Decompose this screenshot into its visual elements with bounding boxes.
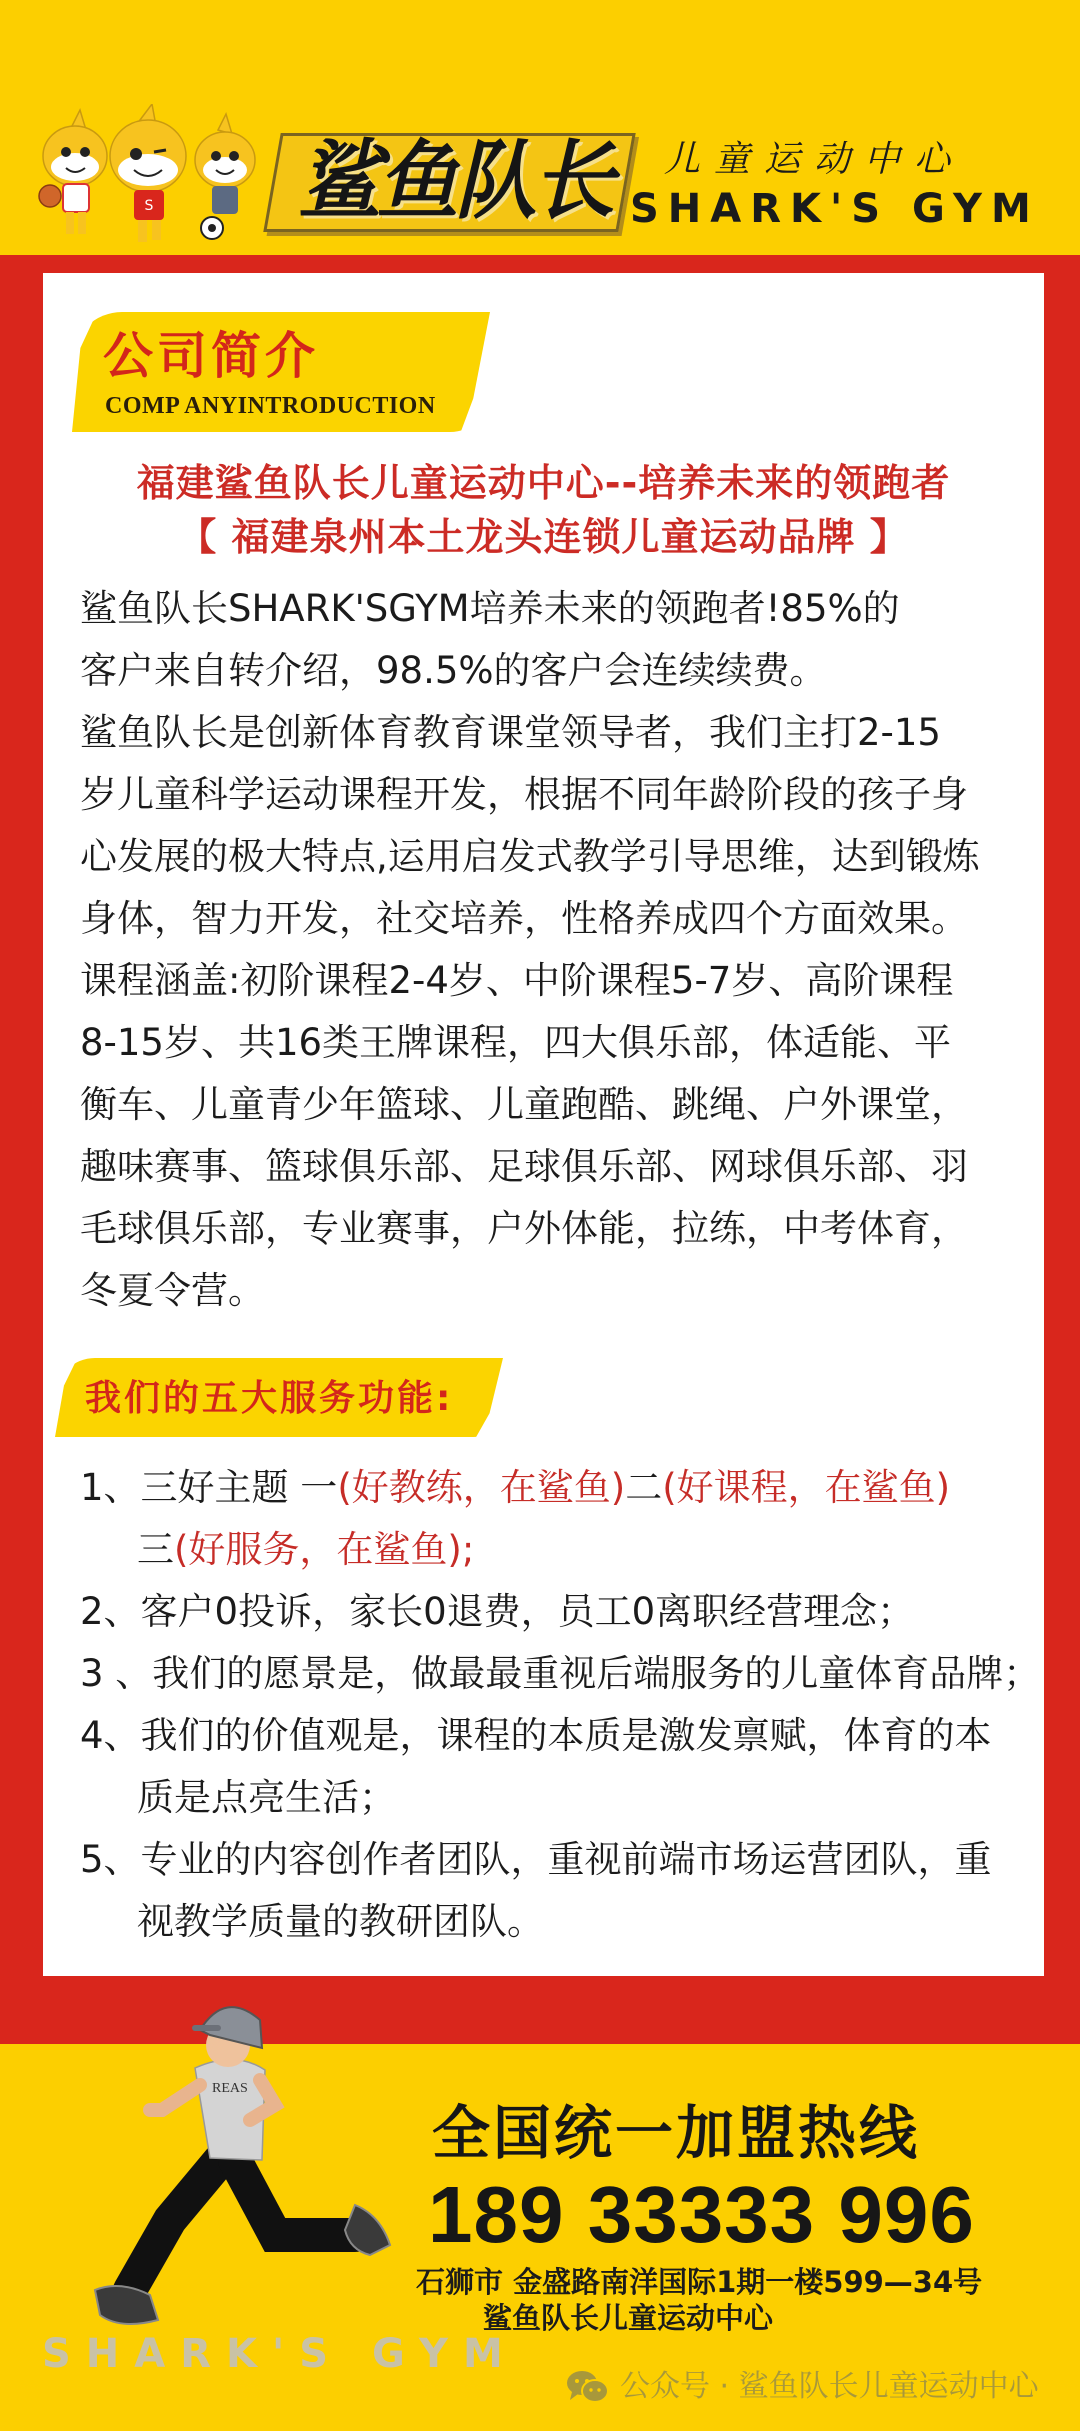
svg-text:S: S [145, 198, 154, 214]
service-item-1-service: (好服务，在鲨鱼); [174, 1528, 474, 1571]
service-item-4: 4、我们的价值观是，课程的本质是激发禀赋，体育的本 [80, 1705, 1020, 1767]
paragraph-line: 课程涵盖:初阶课程2-4岁、中阶课程5-7岁、高阶课程 [80, 950, 1010, 1012]
service-item-5-cont: 视教学质量的教研团队。 [80, 1891, 1020, 1953]
service-item-3: 3 、我们的愿景是，做最最重视后端服务的儿童体育品牌； [80, 1643, 1020, 1705]
center-name: 鲨鱼队长儿童运动中心 [483, 2300, 773, 2336]
paragraph-line: 8-15岁、共16类王牌课程，四大俱乐部，体适能、平 [80, 1012, 1010, 1074]
paragraph-line: 鲨鱼队长是创新体育教育课堂领导者，我们主打2-15 [80, 702, 1010, 764]
paragraph-line: 趣味赛事、篮球俱乐部、足球俱乐部、网球俱乐部、羽 [80, 1136, 1010, 1198]
brand-logo: 鲨鱼队长 [282, 125, 627, 238]
paragraph-line: 衡车、儿童青少年篮球、儿童跑酷、跳绳、户外课堂， [80, 1074, 1010, 1136]
address-text: 石狮市 金盛路南洋国际1期一楼599—34号 [416, 2264, 982, 2300]
service-item-1-coach: (好教练，在鲨鱼) [337, 1466, 625, 1509]
section-title-services: 我们的五大服务功能: [85, 1375, 453, 1423]
wechat-account-watermark: 公众号 · 鲨鱼队长儿童运动中心 [566, 2370, 1039, 2404]
wechat-icon [566, 2370, 610, 2404]
brand-watermark: SHARK'S GYM [42, 2334, 518, 2374]
shark-mascots-icon: S [30, 104, 270, 244]
wechat-label: 公众号 · 鲨鱼队长儿童运动中心 [620, 2370, 1039, 2404]
service-item-1-mid: 二 [625, 1466, 662, 1509]
service-item-1-cont: 三(好服务，在鲨鱼); [80, 1519, 1020, 1581]
paragraph-line: 客户来自转介绍，98.5%的客户会连续续费。 [80, 640, 1010, 702]
service-item-1-prefix: 1、三好主题 一 [80, 1466, 337, 1509]
section-title-intro: 公司简介 [103, 326, 319, 386]
paragraph-line: 岁儿童科学运动课程开发，根据不同年龄阶段的孩子身 [80, 764, 1010, 826]
service-item-1: 1、三好主题 一(好教练，在鲨鱼)二(好课程，在鲨鱼) [80, 1457, 1020, 1519]
section-subtitle-intro: COMP ANYINTRODUCTION [105, 393, 436, 419]
paragraph-line: 心发展的极大特点,运用启发式教学引导思维，达到锻炼 [80, 826, 1010, 888]
service-item-4-cont: 质是点亮生活； [80, 1767, 1020, 1829]
paragraph-line: 冬夏令营。 [80, 1260, 1010, 1322]
header-banner: S 鲨鱼队长 儿童运动中心 SHARK'S GYM [0, 0, 1080, 255]
headline-slogan: 福建鲨鱼队长儿童运动中心--培养未来的领跑者 [43, 461, 1044, 505]
running-child-icon: REAS [50, 1990, 410, 2335]
hotline-phone-number[interactable]: 189 33333 996 [428, 2173, 975, 2257]
intro-paragraph: 鲨鱼队长SHARK'SGYM培养未来的领跑者!85%的 客户来自转介绍，98.5… [80, 578, 1010, 1322]
paragraph-line: 身体，智力开发，社交培养，性格养成四个方面效果。 [80, 888, 1010, 950]
services-list: 1、三好主题 一(好教练，在鲨鱼)二(好课程，在鲨鱼) 三(好服务，在鲨鱼); … [80, 1457, 1020, 1953]
service-item-1-line2-prefix: 三 [137, 1528, 174, 1571]
service-item-2: 2、客户0投诉，家长0退费，员工0离职经营理念； [80, 1581, 1020, 1643]
service-item-5: 5、专业的内容创作者团队，重视前端市场运营团队，重 [80, 1829, 1020, 1891]
brand-subtitle-cn: 儿童运动中心 [664, 138, 964, 182]
service-item-1-course: (好课程，在鲨鱼) [662, 1466, 950, 1509]
hotline-title: 全国统一加盟热线 [432, 2098, 920, 2168]
svg-text:REAS: REAS [212, 2081, 248, 2096]
headline-brand: 【 福建泉州本土龙头连锁儿童运动品牌 】 [43, 515, 1044, 559]
paragraph-line: 毛球俱乐部，专业赛事，户外体能，拉练，中考体育， [80, 1198, 1010, 1260]
brand-subtitle-en: SHARK'S GYM [630, 188, 1040, 230]
paragraph-line: 鲨鱼队长SHARK'SGYM培养未来的领跑者!85%的 [80, 578, 1010, 640]
